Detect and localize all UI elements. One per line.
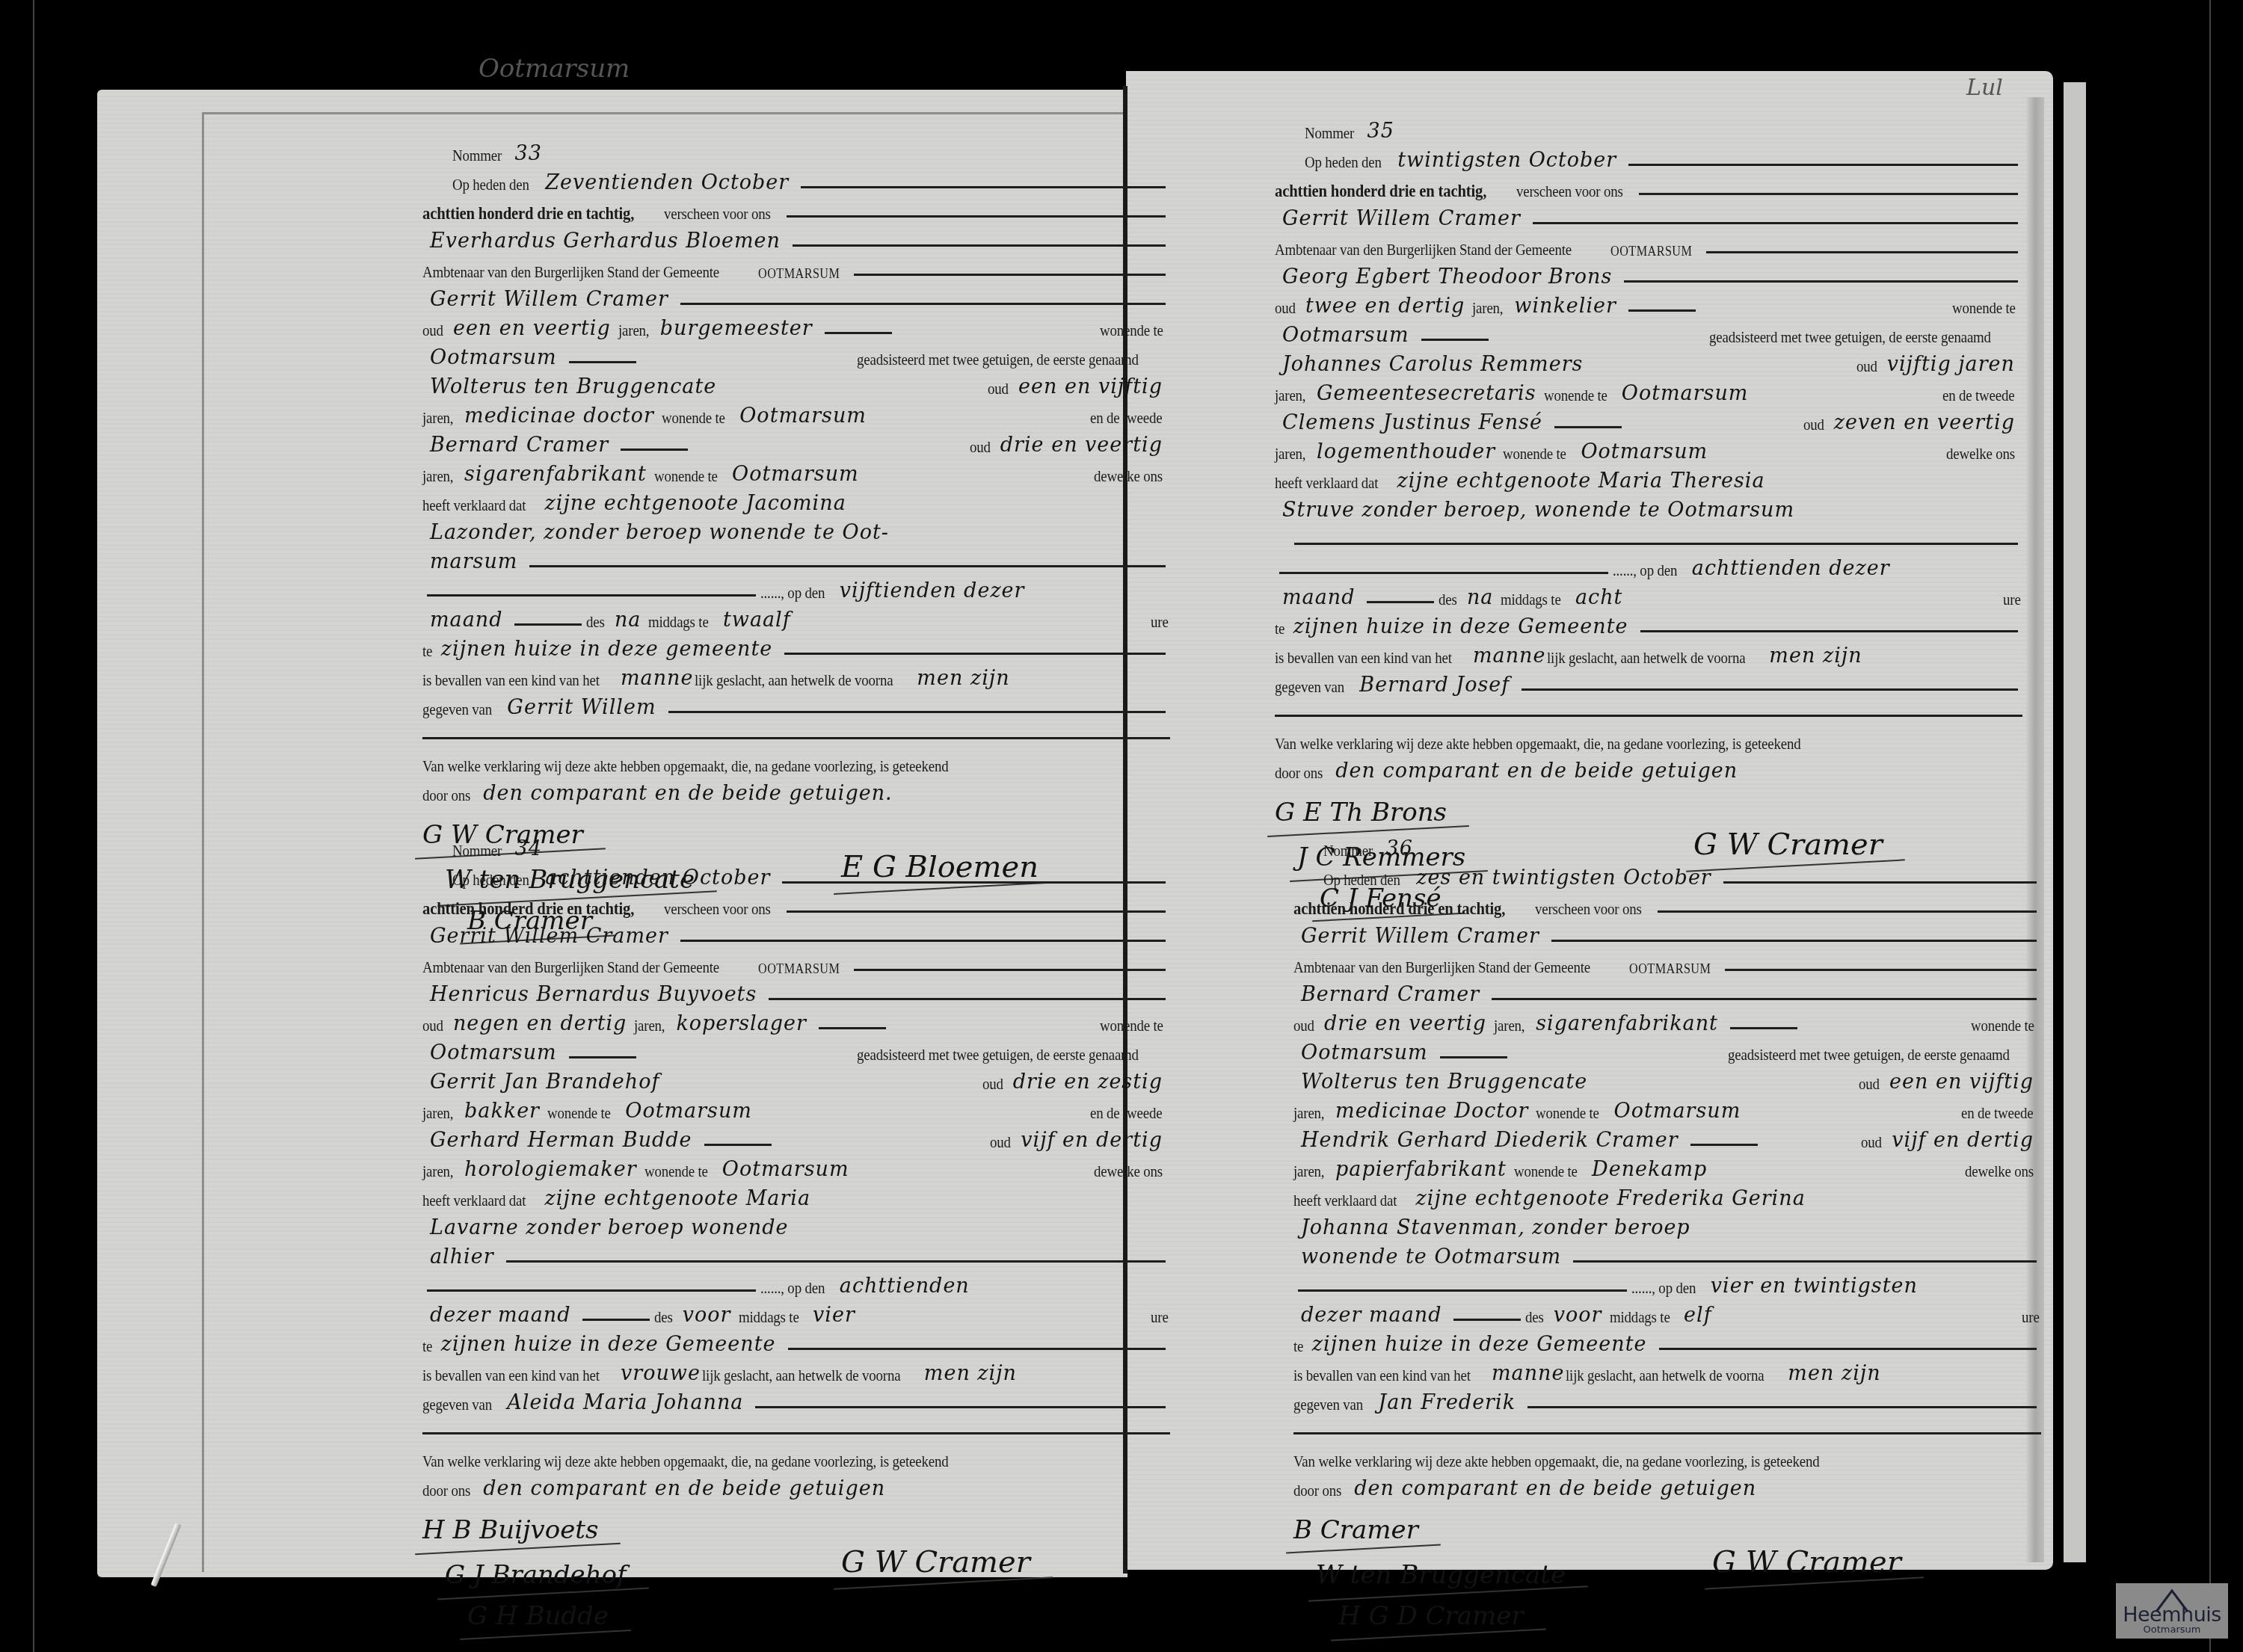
- year-phrase: achttien honderd drie en tachtig,: [422, 204, 634, 224]
- child-name-line: gegeven van Bernard Josef: [1275, 668, 2022, 697]
- entry-rule: [1293, 1414, 2041, 1434]
- birth-place-line: te zijnen huize in deze gemeente: [422, 632, 1170, 661]
- witness2-residence: Ootmarsum: [732, 463, 859, 486]
- year-phrase: achttien honderd drie en tachtig,: [1275, 182, 1486, 201]
- witness2-line: Hendrik Gerhard Diederik Cramer oud vijf…: [1293, 1123, 2041, 1152]
- te-label: te: [1293, 1337, 1303, 1356]
- declarant-age-line: oud een en veertig jaren, burgemeester w…: [422, 311, 1170, 340]
- child-sex: manne: [1492, 1362, 1564, 1385]
- sex-line: is bevallen van een kind van het manne l…: [1293, 1356, 2041, 1385]
- witness1-name: Wolterus ten Bruggencate: [430, 375, 716, 398]
- declaration-text-1: zijne echtgenoote Frederika Gerina: [1416, 1187, 1806, 1210]
- birth-date-cont: maand: [1282, 586, 1355, 609]
- jaren-label: jaren,: [1275, 386, 1305, 405]
- witness2-age: vijf en dertig: [1892, 1129, 2034, 1152]
- gegeven-label: gegeven van: [1293, 1396, 1363, 1414]
- declaration-text-3: marsum: [430, 550, 517, 573]
- witness1-name: Gerrit Jan Brandehof: [430, 1070, 659, 1094]
- declaration-line-2: Lazonder, zonder beroep wonende te Oot-: [422, 515, 1170, 544]
- witness2-name: Gerhard Herman Budde: [430, 1129, 692, 1152]
- witness2-residence: Ootmarsum: [722, 1158, 849, 1181]
- declarant-residence-line: Ootmarsum geadsisteerd met twee getuigen…: [1275, 318, 2022, 347]
- witness1-occupation: medicinae Doctor: [1335, 1100, 1528, 1123]
- registrar-name: Gerrit Willem Cramer: [1301, 925, 1539, 948]
- bevallen-label: is bevallen van een kind van het: [422, 671, 600, 690]
- child-names: Bernard Josef: [1359, 674, 1510, 697]
- birth-hour: vier: [813, 1304, 855, 1327]
- registrar-name: Everhardus Gerhardus Bloemen: [430, 229, 781, 253]
- name-suffix: men zijn: [1769, 644, 1862, 668]
- municipality-name: OOTMARSUM: [758, 266, 840, 282]
- birth-date-line: ......, op den achttienden: [422, 1269, 1170, 1298]
- jaren-label: jaren,: [1293, 1162, 1324, 1181]
- birth-entry-36: Nommer 36 Op heden den zes en twintigste…: [1293, 826, 2041, 1631]
- witness1-age: drie en zestig: [1013, 1070, 1163, 1094]
- dewelke-label: dewelke ons: [1094, 1162, 1163, 1181]
- oud-label: oud: [988, 380, 1009, 398]
- sex-line: is bevallen van een kind van het vrouwe …: [422, 1356, 1170, 1385]
- declaration-line-2: Johanna Stavenman, zonder beroep: [1293, 1210, 2041, 1239]
- witness2-name: Bernard Cramer: [430, 434, 609, 457]
- nommer-label: Nommer: [1323, 842, 1373, 860]
- declarant-age-line: oud drie en veertig jaren, sigarenfabrik…: [1293, 1006, 2041, 1035]
- birth-place: zijnen huize in deze Gemeente: [441, 1333, 776, 1356]
- witness1-age: een en vijftig: [1018, 375, 1163, 398]
- witness2-occupation: horologiemaker: [464, 1158, 637, 1181]
- signed-by-line: door ons den comparant en de beide getui…: [1275, 753, 2022, 783]
- entry-number: 35: [1367, 120, 1394, 143]
- declarant-residence-line: Ootmarsum geadsisteerd met twee getuigen…: [422, 1035, 1170, 1064]
- closing-text: Van welke verklaring wij deze akte hebbe…: [1293, 1452, 1819, 1471]
- signed-by: den comparant en de beide getuigen: [1354, 1477, 1756, 1500]
- signature: G W Cramer: [841, 1545, 1030, 1579]
- signature: G E Th Brons: [1275, 798, 1447, 827]
- signature-block: B Cramer W ten Bruggencate H G D Cramer …: [1293, 1500, 2041, 1631]
- registrar-line: Gerrit Willem Cramer: [1275, 201, 2022, 230]
- birth-entry-35: Nommer 35 Op heden den twintigsten Octob…: [1275, 108, 2022, 913]
- entry-rule: [422, 719, 1170, 739]
- ambtenaar-label: Ambtenaar van den Burgerlijken Stand der…: [422, 958, 719, 977]
- witness1-line: Gerrit Jan Brandehof oud drie en zestig: [422, 1064, 1170, 1094]
- child-name-line: gegeven van Jan Frederik: [1293, 1385, 2041, 1414]
- oud-label: oud: [1293, 1017, 1314, 1035]
- verklaard-label: heeft verklaard dat: [422, 1192, 526, 1210]
- door-ons-label: door ons: [422, 786, 470, 805]
- declarant-age: negen en dertig: [453, 1012, 627, 1035]
- verscheen-label: verscheen voor ons: [1535, 900, 1642, 919]
- signature: G J Brandehof: [445, 1560, 627, 1590]
- declarant-occupation: sigarenfabrikant: [1536, 1012, 1718, 1035]
- declaration-text-1: zijne echtgenoote Maria: [545, 1187, 810, 1210]
- declarant-name: Bernard Cramer: [1301, 983, 1480, 1006]
- geslacht-label: lijk geslacht, aan hetwelk de voorna: [695, 671, 893, 690]
- declarant-residence-line: Ootmarsum geadsisteerd met twee getuigen…: [1293, 1035, 2041, 1064]
- witness1-residence: Ootmarsum: [1614, 1100, 1741, 1123]
- signed-by-line: door ons den comparant en de beide getui…: [422, 776, 1170, 805]
- declaration-line-3: alhier: [422, 1239, 1170, 1269]
- witness1-occupation: bakker: [464, 1100, 540, 1123]
- closing-line: Van welke verklaring wij deze akte hebbe…: [422, 1442, 1170, 1471]
- wonende-label: wonende te: [1514, 1162, 1578, 1181]
- witness1-residence: Ootmarsum: [1622, 382, 1749, 405]
- house-roof-icon: [2153, 1586, 2191, 1624]
- oud-label: oud: [1275, 299, 1296, 318]
- child-name-line: gegeven van Gerrit Willem: [422, 690, 1170, 719]
- name-suffix: men zijn: [917, 667, 1009, 690]
- witness2-line: Gerhard Herman Budde oud vijf en dertig: [422, 1123, 1170, 1152]
- time-of-day: voor: [683, 1304, 731, 1327]
- registrar-line: Gerrit Willem Cramer: [1293, 919, 2041, 948]
- door-ons-label: door ons: [1275, 764, 1323, 783]
- wonende-label: wonende te: [654, 467, 718, 486]
- birth-date-cont: dezer maand: [1301, 1304, 1442, 1327]
- birth-hour: acht: [1575, 586, 1622, 609]
- birth-time-line: maand des na middags te twaalf ure: [422, 602, 1170, 632]
- oud-label: oud: [1803, 416, 1824, 434]
- dewelke-label: dewelke ons: [1965, 1162, 2034, 1181]
- declarant-name: Gerrit Willem Cramer: [430, 288, 668, 311]
- op-heden-label: Op heden den: [1305, 153, 1382, 172]
- signature: H G D Cramer: [1338, 1601, 1524, 1631]
- municipality-name: OOTMARSUM: [1610, 244, 1692, 259]
- wonende-label: wonende te: [1100, 321, 1163, 340]
- date-line: Op heden den achttienden October: [422, 860, 1170, 890]
- signature: G W Cramer: [1712, 1545, 1901, 1579]
- des-label: des: [1439, 591, 1457, 609]
- verklaard-label: heeft verklaard dat: [1275, 474, 1378, 493]
- jaren-label: jaren,: [1494, 1017, 1524, 1035]
- wonende-label: wonende te: [1536, 1104, 1599, 1123]
- entry-rule: [1275, 697, 2022, 717]
- tweede-label: en de tweede: [1090, 1104, 1162, 1123]
- ure-label: ure: [1151, 613, 1169, 632]
- declarant-line: Henricus Bernardus Buyvoets: [422, 977, 1170, 1006]
- sex-line: is bevallen van een kind van het manne l…: [422, 661, 1170, 690]
- ambtenaar-label: Ambtenaar van den Burgerlijken Stand der…: [1275, 241, 1572, 259]
- entry-number: 36: [1385, 837, 1412, 860]
- time-of-day: voor: [1554, 1304, 1602, 1327]
- folio-note-right: Lul: [1966, 75, 2003, 101]
- bevallen-label: is bevallen van een kind van het: [422, 1366, 600, 1385]
- middags-label: middags te: [1501, 591, 1561, 609]
- header-note-left: Ootmarsum: [479, 54, 630, 84]
- registrar-line: Gerrit Willem Cramer: [422, 919, 1170, 948]
- registrar-name: Gerrit Willem Cramer: [1282, 207, 1521, 230]
- declaration-text-2: Johanna Stavenman, zonder beroep: [1301, 1216, 1690, 1239]
- oud-label: oud: [422, 321, 443, 340]
- date-line: Op heden den twintigsten October: [1275, 143, 2022, 172]
- entry-date: twintigsten October: [1397, 149, 1616, 172]
- birth-date: vier en twintigsten: [1711, 1275, 1918, 1298]
- oud-label: oud: [990, 1133, 1011, 1152]
- bevallen-label: is bevallen van een kind van het: [1293, 1366, 1471, 1385]
- te-label: te: [1275, 620, 1284, 638]
- dewelke-label: dewelke ons: [1946, 445, 2015, 463]
- entry-date: Zeventienden October: [545, 171, 789, 194]
- declarant-residence: Ootmarsum: [1301, 1041, 1428, 1064]
- declaration-text-3: wonende te Ootmarsum: [1301, 1245, 1561, 1269]
- witness2-residence: Ootmarsum: [1581, 440, 1708, 463]
- witness2-occupation: sigarenfabrikant: [464, 463, 647, 486]
- declaration-line-3: [1275, 522, 2022, 551]
- wonende-label: wonende te: [1544, 386, 1607, 405]
- declarant-occupation: winkelier: [1514, 295, 1616, 318]
- declaration-text-2: Struve zonder beroep, wonende te Ootmars…: [1282, 499, 1794, 522]
- declaration-text-2: Lazonder, zonder beroep wonende te Oot-: [430, 521, 889, 544]
- signed-by: den comparant en de beide getuigen: [483, 1477, 885, 1500]
- op-heden-label: Op heden den: [452, 871, 529, 890]
- declarant-residence: Ootmarsum: [1282, 324, 1409, 347]
- signature: G H Budde: [467, 1601, 609, 1631]
- declarant-residence: Ootmarsum: [430, 346, 557, 369]
- declarant-age: twee en dertig: [1305, 295, 1465, 318]
- op-den-label: ......, op den: [760, 1279, 825, 1298]
- name-suffix: men zijn: [1788, 1362, 1880, 1385]
- oud-label: oud: [970, 438, 991, 457]
- birth-date: vijftienden dezer: [840, 579, 1025, 602]
- signed-by: den comparant en de beide getuigen.: [483, 782, 892, 805]
- municipality-name: OOTMARSUM: [1629, 961, 1711, 977]
- nommer-label: Nommer: [452, 842, 502, 860]
- declarant-line: Gerrit Willem Cramer: [422, 282, 1170, 311]
- entry-number-line: Nommer 34: [422, 826, 1170, 860]
- birth-date-line: ......, op den achttienden dezer: [1275, 551, 2022, 580]
- op-den-label: ......, op den: [1631, 1279, 1696, 1298]
- geadsisteerd-label: geadsisteerd met twee getuigen, de eerst…: [1728, 1046, 2010, 1064]
- declarant-age-line: oud twee en dertig jaren, winkelier wone…: [1275, 289, 2022, 318]
- middags-label: middags te: [1610, 1308, 1670, 1327]
- middags-label: middags te: [648, 613, 709, 632]
- gegeven-label: gegeven van: [422, 1396, 492, 1414]
- declarant-age-line: oud negen en dertig jaren, koperslager w…: [422, 1006, 1170, 1035]
- declarant-name: Georg Egbert Theodoor Brons: [1282, 265, 1612, 289]
- verklaard-label: heeft verklaard dat: [422, 496, 526, 515]
- watermark-subtitle: Ootmarsum: [2144, 1625, 2201, 1636]
- dewelke-label: dewelke ons: [1094, 467, 1163, 486]
- page-edge-stack: [2064, 82, 2086, 1562]
- oud-label: oud: [1861, 1133, 1882, 1152]
- witness1-occupation-line: jaren, Gemeentesecretaris wonende te Oot…: [1275, 376, 2022, 405]
- entry-number: 33: [514, 142, 541, 165]
- op-den-label: ......, op den: [760, 584, 825, 602]
- declaration-line-3: marsum: [422, 544, 1170, 573]
- entry-date: achttienden October: [545, 866, 770, 890]
- birth-place: zijnen huize in deze gemeente: [441, 638, 772, 661]
- declaration-line-1: heeft verklaard dat zijne echtgenoote Ma…: [422, 1181, 1170, 1210]
- wonende-label: wonende te: [1952, 299, 2016, 318]
- geslacht-label: lijk geslacht, aan hetwelk de voorna: [1547, 649, 1745, 668]
- birth-date: achttienden: [840, 1275, 970, 1298]
- geadsisteerd-label: geadsisteerd met twee getuigen, de eerst…: [857, 1046, 1139, 1064]
- closing-line: Van welke verklaring wij deze akte hebbe…: [1293, 1442, 2041, 1471]
- witness2-name: Hendrik Gerhard Diederik Cramer: [1301, 1129, 1679, 1152]
- declaration-text-1: zijne echtgenoote Jacomina: [545, 492, 846, 515]
- witness2-occupation-line: jaren, logementhouder wonende te Ootmars…: [1275, 434, 2022, 463]
- entry-number-line: Nommer 35: [1275, 108, 2022, 143]
- jaren-label: jaren,: [422, 467, 453, 486]
- jaren-label: jaren,: [1275, 445, 1305, 463]
- year-line: achttien honderd drie en tachtig, versch…: [1293, 890, 2041, 919]
- signed-by-line: door ons den comparant en de beide getui…: [422, 1471, 1170, 1500]
- heemhuis-watermark: Heemhuis Ootmarsum: [2116, 1583, 2228, 1639]
- te-label: te: [422, 642, 432, 661]
- witness1-occupation-line: jaren, medicinae Doctor wonende te Ootma…: [1293, 1094, 2041, 1123]
- declaration-text-1: zijne echtgenoote Maria Theresia: [1397, 469, 1765, 493]
- birth-date-line: ......, op den vier en twintigsten: [1293, 1269, 2041, 1298]
- geadsisteerd-label: geadsisteerd met twee getuigen, de eerst…: [857, 351, 1139, 369]
- geslacht-label: lijk geslacht, aan hetwelk de voorna: [702, 1366, 900, 1385]
- oud-label: oud: [982, 1075, 1003, 1094]
- declaration-line-1: heeft verklaard dat zijne echtgenoote Ma…: [1275, 463, 2022, 493]
- witness1-occupation-line: jaren, medicinae doctor wonende te Ootma…: [422, 398, 1170, 428]
- jaren-label: jaren,: [422, 1162, 453, 1181]
- witness1-line: Wolterus ten Bruggencate oud een en vijf…: [1293, 1064, 2041, 1094]
- oud-label: oud: [1856, 357, 1877, 376]
- birth-date-cont: dezer maand: [430, 1304, 570, 1327]
- municipality-name: OOTMARSUM: [758, 961, 840, 977]
- birth-date-cont: maand: [430, 608, 502, 632]
- witness2-name: Clemens Justinus Fensé: [1282, 411, 1542, 434]
- entry-number-line: Nommer 36: [1293, 826, 2041, 860]
- declaration-line-1: heeft verklaard dat zijne echtgenoote Ja…: [422, 486, 1170, 515]
- jaren-label: jaren,: [634, 1017, 665, 1035]
- child-name-line: gegeven van Aleida Maria Johanna: [422, 1385, 1170, 1414]
- ure-label: ure: [1151, 1308, 1169, 1327]
- year-line: achttien honderd drie en tachtig, versch…: [1275, 172, 2022, 201]
- witness1-occupation: Gemeentesecretaris: [1317, 382, 1536, 405]
- ure-label: ure: [2003, 591, 2021, 609]
- signature: H B Buijvoets: [422, 1515, 598, 1545]
- time-of-day: na: [615, 608, 641, 632]
- closing-text: Van welke verklaring wij deze akte hebbe…: [422, 1452, 948, 1471]
- declaration-text-2: Lavarne zonder beroep wonende: [430, 1216, 789, 1239]
- declarant-line: Georg Egbert Theodoor Brons: [1275, 259, 2022, 289]
- closing-line: Van welke verklaring wij deze akte hebbe…: [422, 747, 1170, 776]
- registrar-name: Gerrit Willem Cramer: [430, 925, 668, 948]
- signature: W ten Bruggencate: [1316, 1560, 1566, 1590]
- ambtenaar-line: Ambtenaar van den Burgerlijken Stand der…: [1293, 948, 2041, 977]
- film-edge-left: [33, 0, 34, 1652]
- signature-block: H B Buijvoets G J Brandehof G H Budde G …: [422, 1500, 1170, 1631]
- door-ons-label: door ons: [1293, 1482, 1341, 1500]
- witness2-occupation-line: jaren, horologiemaker wonende te Ootmars…: [422, 1152, 1170, 1181]
- sex-line: is bevallen van een kind van het manne l…: [1275, 638, 2022, 668]
- child-sex: manne: [1473, 644, 1545, 668]
- verklaard-label: heeft verklaard dat: [1293, 1192, 1397, 1210]
- birth-place-line: te zijnen huize in deze Gemeente: [1293, 1327, 2041, 1356]
- name-suffix: men zijn: [924, 1362, 1017, 1385]
- jaren-label: jaren,: [422, 409, 453, 428]
- ambtenaar-line: Ambtenaar van den Burgerlijken Stand der…: [422, 948, 1170, 977]
- signed-by: den comparant en de beide getuigen: [1335, 759, 1738, 783]
- declarant-occupation: koperslager: [676, 1012, 807, 1035]
- ambtenaar-label: Ambtenaar van den Burgerlijken Stand der…: [422, 263, 719, 282]
- wonende-label: wonende te: [662, 409, 725, 428]
- year-line: achttien honderd drie en tachtig, versch…: [422, 194, 1170, 224]
- op-den-label: ......, op den: [1613, 561, 1677, 580]
- wonende-label: wonende te: [1971, 1017, 2034, 1035]
- entry-date: zes en twintigsten October: [1416, 866, 1711, 890]
- jaren-label: jaren,: [1293, 1104, 1324, 1123]
- declarant-residence: Ootmarsum: [430, 1041, 557, 1064]
- des-label: des: [654, 1308, 673, 1327]
- year-line: achttien honderd drie en tachtig, versch…: [422, 890, 1170, 919]
- des-label: des: [586, 613, 605, 632]
- wonende-label: wonende te: [644, 1162, 708, 1181]
- witness2-occupation-line: jaren, papierfabrikant wonende te Deneka…: [1293, 1152, 2041, 1181]
- child-names: Jan Frederik: [1378, 1391, 1516, 1414]
- time-of-day: na: [1467, 586, 1494, 609]
- birth-date: achttienden dezer: [1692, 557, 1890, 580]
- film-edge-right: [2209, 0, 2211, 1652]
- birth-entry-34: Nommer 34 Op heden den achttienden Octob…: [422, 826, 1170, 1631]
- closing-line: Van welke verklaring wij deze akte hebbe…: [1275, 724, 2022, 753]
- declarant-line: Bernard Cramer: [1293, 977, 2041, 1006]
- tweede-label: en de tweede: [1942, 386, 2014, 405]
- witness1-line: Johannes Carolus Remmers oud vijftig jar…: [1275, 347, 2022, 376]
- birth-place: zijnen huize in deze Gemeente: [1312, 1333, 1647, 1356]
- witness2-age: zeven en veertig: [1834, 411, 2015, 434]
- middags-label: middags te: [739, 1308, 799, 1327]
- ambtenaar-line: Ambtenaar van den Burgerlijken Stand der…: [422, 253, 1170, 282]
- declarant-age: drie en veertig: [1324, 1012, 1486, 1035]
- bevallen-label: is bevallen van een kind van het: [1275, 649, 1452, 668]
- birth-hour: twaalf: [723, 608, 791, 632]
- entry-number-line: Nommer 33: [422, 131, 1170, 165]
- verscheen-label: verscheen voor ons: [664, 205, 771, 224]
- signed-by-line: door ons den comparant en de beide getui…: [1293, 1471, 2041, 1500]
- jaren-label: jaren,: [422, 1104, 453, 1123]
- door-ons-label: door ons: [422, 1482, 470, 1500]
- child-sex: manne: [621, 667, 693, 690]
- birth-place: zijnen huize in deze Gemeente: [1293, 615, 1628, 638]
- op-heden-label: Op heden den: [1323, 871, 1400, 890]
- declarant-age: een en veertig: [453, 317, 611, 340]
- des-label: des: [1525, 1308, 1544, 1327]
- declarant-occupation: burgemeester: [660, 317, 813, 340]
- oud-label: oud: [422, 1017, 443, 1035]
- entry-number: 34: [514, 837, 541, 860]
- gegeven-label: gegeven van: [1275, 678, 1344, 697]
- jaren-label: jaren,: [618, 321, 649, 340]
- witness1-age: een en vijftig: [1889, 1070, 2034, 1094]
- declaration-text-3: alhier: [430, 1245, 494, 1269]
- birth-time-line: dezer maand des voor middags te elf ure: [1293, 1298, 2041, 1327]
- wonende-label: wonende te: [547, 1104, 611, 1123]
- declaration-line-3: wonende te Ootmarsum: [1293, 1239, 2041, 1269]
- witness2-occupation: papierfabrikant: [1335, 1158, 1507, 1181]
- nommer-label: Nommer: [452, 147, 502, 165]
- birth-time-line: dezer maand des voor middags te vier ure: [422, 1298, 1170, 1327]
- geslacht-label: lijk geslacht, aan hetwelk de voorna: [1566, 1366, 1764, 1385]
- year-phrase: achttien honderd drie en tachtig,: [422, 899, 634, 919]
- declarant-residence-line: Ootmarsum geadsisteerd met twee getuigen…: [422, 340, 1170, 369]
- child-sex: vrouwe: [621, 1362, 701, 1385]
- witness1-age: vijftig jaren: [1887, 353, 2015, 376]
- witness2-age: drie en veertig: [1000, 434, 1163, 457]
- birth-place-line: te zijnen huize in deze Gemeente: [422, 1327, 1170, 1356]
- witness1-occupation-line: jaren, bakker wonende te Ootmarsum en de…: [422, 1094, 1170, 1123]
- birth-date-line: ......, op den vijftienden dezer: [422, 573, 1170, 602]
- ambtenaar-line: Ambtenaar van den Burgerlijken Stand der…: [1275, 230, 2022, 259]
- jaren-label: jaren,: [1472, 299, 1503, 318]
- witness2-occupation-line: jaren, sigarenfabrikant wonende te Ootma…: [422, 457, 1170, 486]
- declarant-name: Henricus Bernardus Buyvoets: [430, 983, 757, 1006]
- witness1-residence: Ootmarsum: [739, 404, 867, 428]
- child-names: Gerrit Willem: [507, 696, 656, 719]
- ure-label: ure: [2022, 1308, 2040, 1327]
- tweede-label: en de tweede: [1090, 409, 1162, 428]
